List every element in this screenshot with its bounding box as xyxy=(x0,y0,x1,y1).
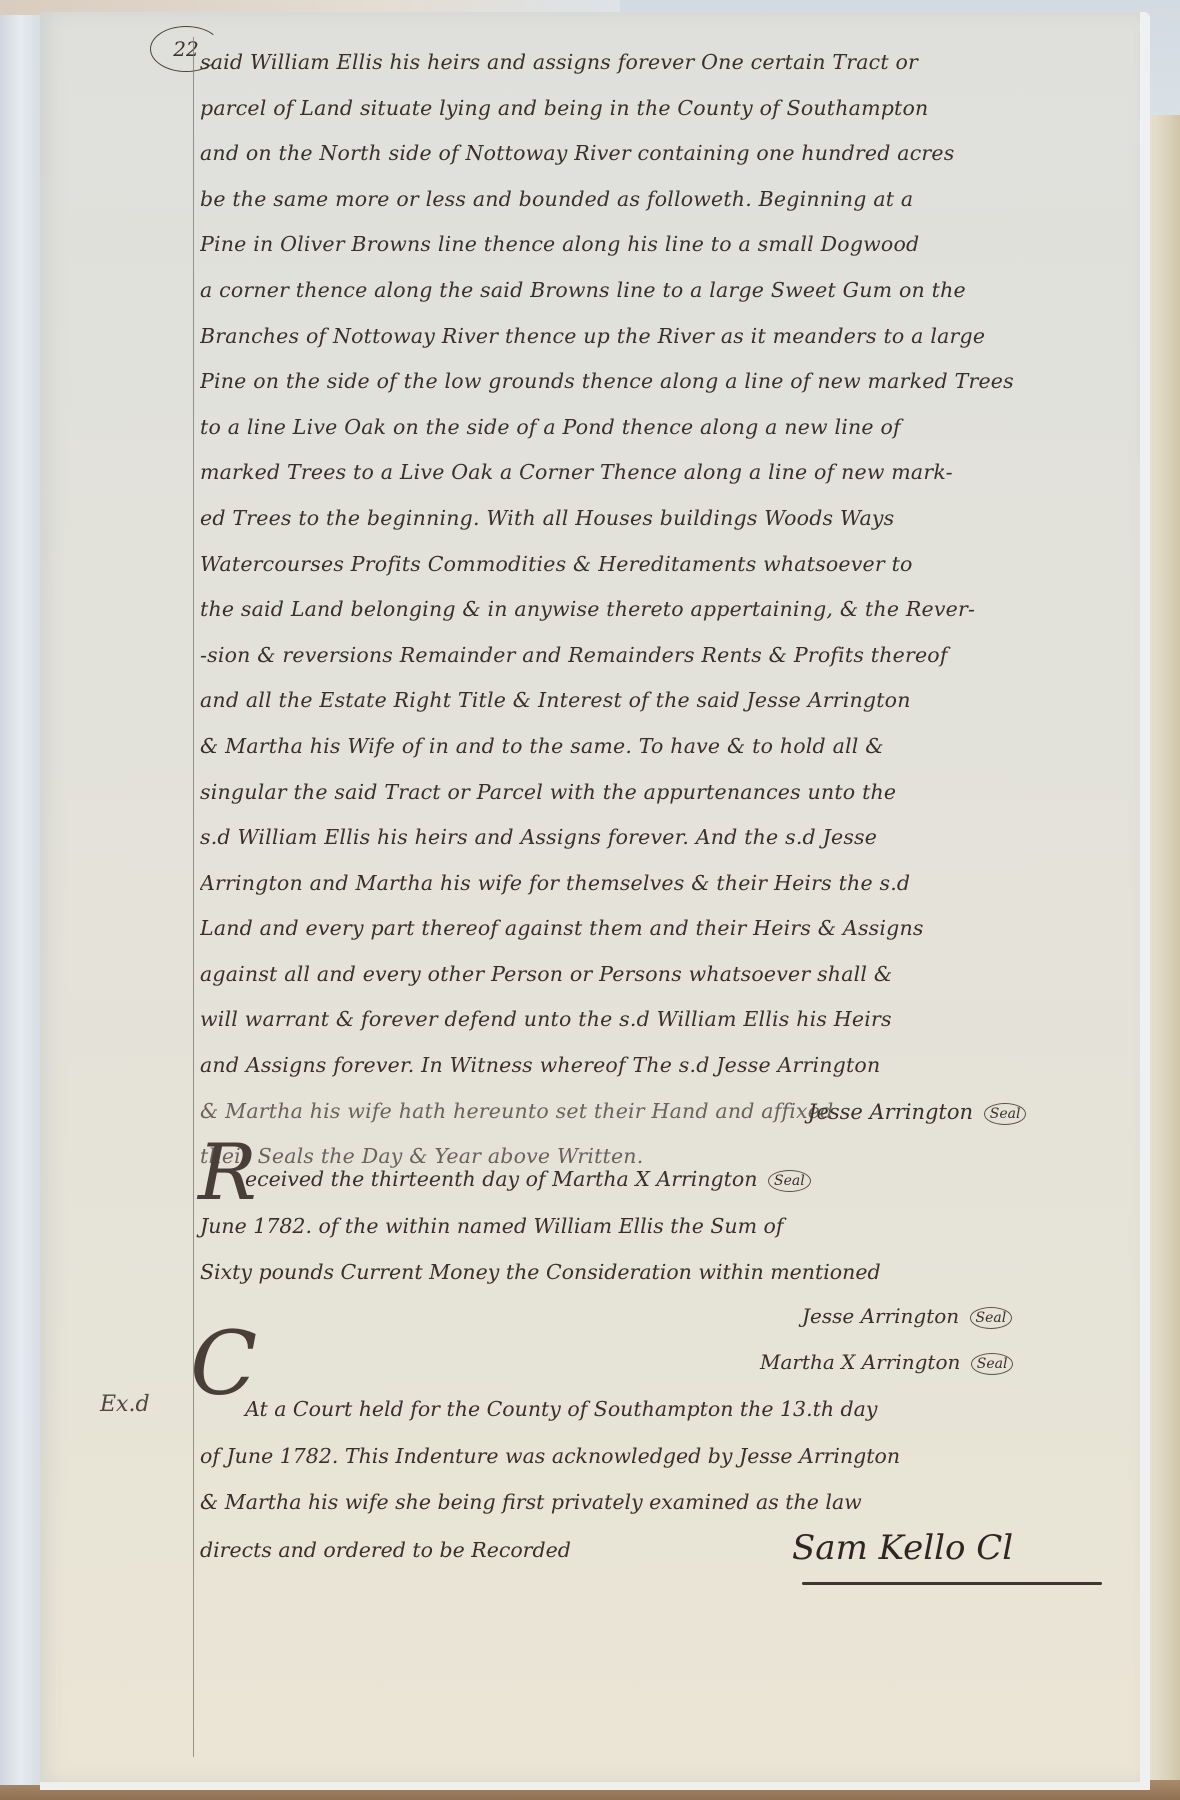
text-line: Land and every part thereof against them… xyxy=(200,906,1130,952)
text-line: a corner thence along the said Browns li… xyxy=(200,268,1130,314)
receipt-text: eceived the thirteenth day of Martha X A… xyxy=(245,1167,757,1191)
signature-flourish xyxy=(802,1582,1102,1585)
text-line: -sion & reversions Remainder and Remaind… xyxy=(200,633,1130,679)
margin-note: Ex.d xyxy=(100,1392,150,1417)
signature-name: Jesse Arrington xyxy=(802,1304,959,1328)
ledger-page: 22 said William Ellis his heirs and assi… xyxy=(40,12,1150,1790)
text-line: marked Trees to a Live Oak a Corner Then… xyxy=(200,450,1130,496)
text-line: and Assigns forever. In Witness whereof … xyxy=(200,1043,1130,1089)
deed-body: said William Ellis his heirs and assigns… xyxy=(200,40,1130,1180)
text-line: singular the said Tract or Parcel with t… xyxy=(200,770,1130,816)
text-line: and on the North side of Nottoway River … xyxy=(200,131,1130,177)
text-line: said William Ellis his heirs and assigns… xyxy=(200,40,1130,86)
court-line-1: At a Court held for the County of Southa… xyxy=(245,1397,878,1421)
text-line: against all and every other Person or Pe… xyxy=(200,952,1130,998)
receipt-line-3: Sixty pounds Current Money the Considera… xyxy=(200,1260,881,1284)
seal-icon: Seal xyxy=(768,1170,811,1192)
court-line-4: directs and ordered to be Recorded xyxy=(200,1538,571,1562)
signature-jesse-arrington-2: Jesse Arrington Seal xyxy=(802,1304,1012,1329)
signature-martha-arrington: Martha X Arrington Seal xyxy=(760,1350,1013,1375)
text-line: to a line Live Oak on the side of a Pond… xyxy=(200,405,1130,451)
text-line: Pine in Oliver Browns line thence along … xyxy=(200,222,1130,268)
text-line: Watercourses Profits Commodities & Hered… xyxy=(200,542,1130,588)
text-line: the said Land belonging & in anywise the… xyxy=(200,587,1130,633)
background-right-edge xyxy=(1145,115,1180,1800)
signature-name: Jesse Arrington xyxy=(808,1100,973,1124)
seal-icon: Seal xyxy=(971,1353,1014,1375)
signature-jesse-arrington: Jesse Arrington Seal xyxy=(808,1100,1026,1125)
text-line: Branches of Nottoway River thence up the… xyxy=(200,314,1130,360)
text-line: ed Trees to the beginning. With all Hous… xyxy=(200,496,1130,542)
clerk-signature: Sam Kello Cl xyxy=(792,1528,1013,1568)
text-line: Arrington and Martha his wife for themse… xyxy=(200,861,1130,907)
text-line: s.d William Ellis his heirs and Assigns … xyxy=(200,815,1130,861)
text-line: Pine on the side of the low grounds then… xyxy=(200,359,1130,405)
text-line: be the same more or less and bounded as … xyxy=(200,177,1130,223)
court-line-3: & Martha his wife she being first privat… xyxy=(200,1490,862,1514)
text-line: & Martha his Wife of in and to the same.… xyxy=(200,724,1130,770)
margin-rule xyxy=(193,37,194,1757)
text-line: will warrant & forever defend unto the s… xyxy=(200,997,1130,1043)
text-line: and all the Estate Right Title & Interes… xyxy=(200,678,1130,724)
signature-name: Martha X Arrington xyxy=(760,1350,960,1374)
text-line: parcel of Land situate lying and being i… xyxy=(200,86,1130,132)
seal-icon: Seal xyxy=(984,1103,1027,1125)
receipt-line-1: eceived the thirteenth day of Martha X A… xyxy=(245,1167,811,1192)
seal-icon: Seal xyxy=(970,1307,1013,1329)
receipt-line-2: June 1782. of the within named William E… xyxy=(200,1214,783,1238)
court-line-2: of June 1782. This Indenture was acknowl… xyxy=(200,1444,900,1468)
